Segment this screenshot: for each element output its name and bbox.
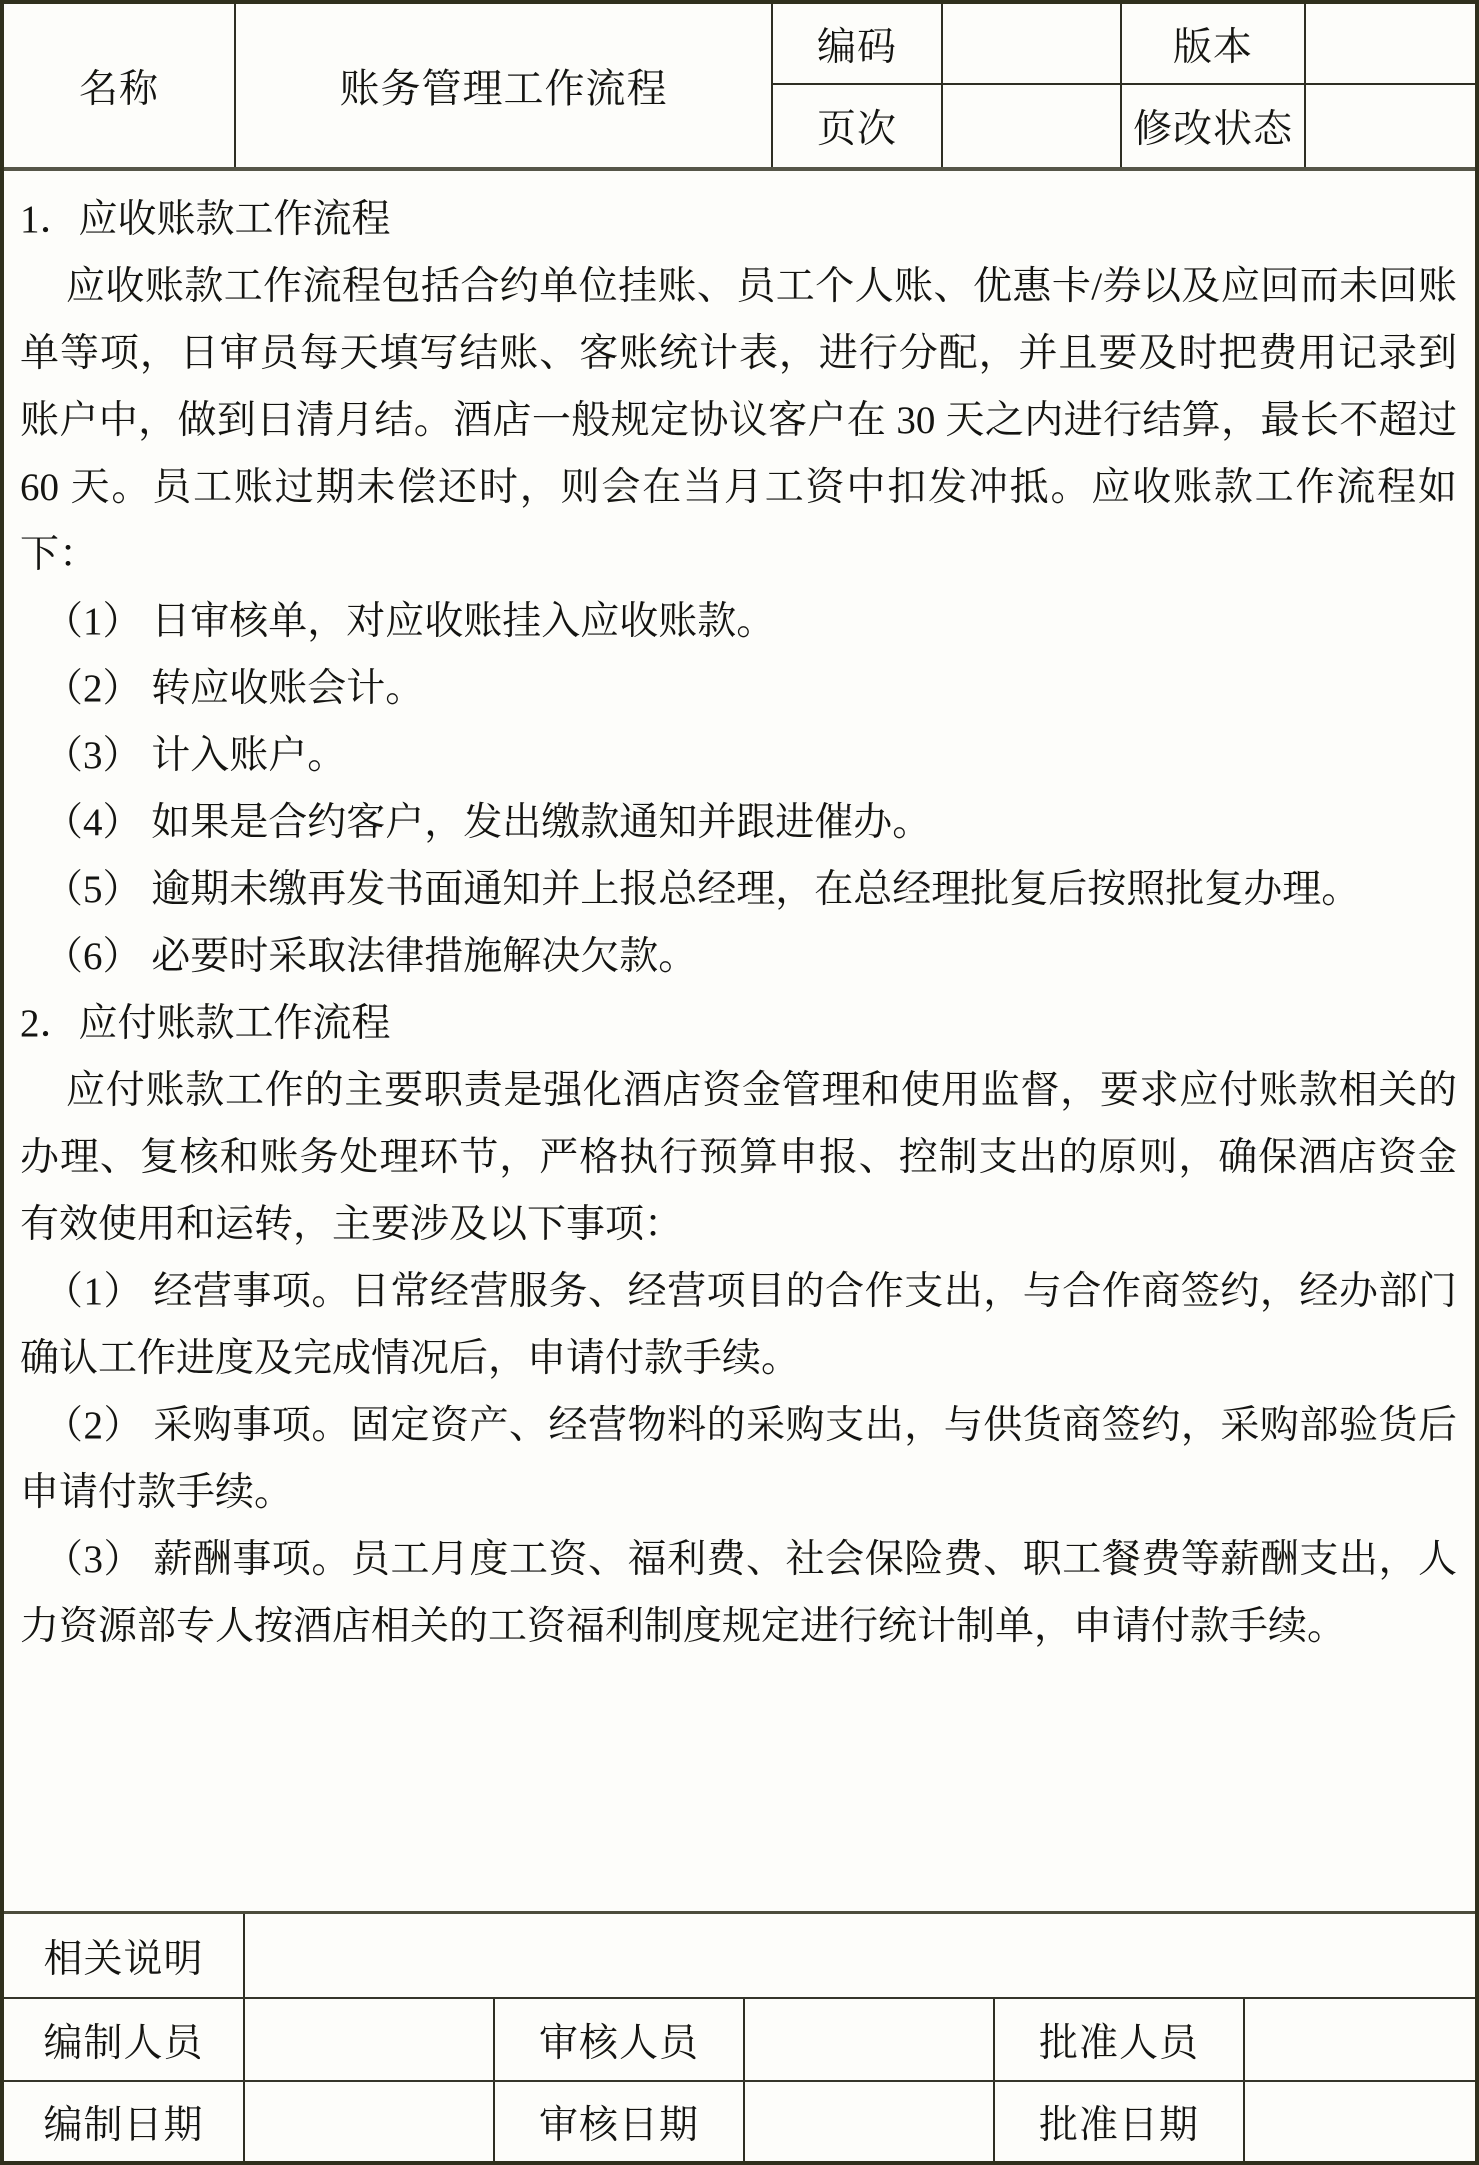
- section-2-intro: 应付账款工作的主要职责是强化酒店资金管理和使用监督，要求应付账款相关的办理、复核…: [20, 1057, 1457, 1258]
- section-1-item: （4） 如果是合约客户，发出缴款通知并跟进催办。: [20, 789, 1457, 856]
- dates-row: 编制日期 审核日期 批准日期: [4, 2082, 1475, 2162]
- code-label: 编码: [773, 4, 943, 85]
- section-1-item: （1） 日审核单，对应收账挂入应收账款。: [20, 588, 1457, 655]
- review-date-value: [745, 2082, 995, 2162]
- version-label: 版本: [1122, 4, 1306, 85]
- approval-date-label: 批准日期: [995, 2082, 1245, 2162]
- section-1-item: （3） 计入账户。: [20, 722, 1457, 789]
- document-page: 名称 账务管理工作流程 编码 版本 页次 修改状态 1．应收账款工作流程 应收账…: [0, 0, 1479, 2165]
- name-label: 名称: [4, 4, 236, 167]
- prepared-date-label: 编制日期: [4, 2082, 245, 2162]
- section-2-item: （1） 经营事项。日常经营服务、经营项目的合作支出，与合作商签约，经办部门确认工…: [20, 1258, 1457, 1392]
- review-date-label: 审核日期: [495, 2082, 745, 2162]
- section-1-item: （2） 转应收账会计。: [20, 655, 1457, 722]
- approved-by-value: [1245, 1999, 1475, 2080]
- page-number-label: 页次: [773, 85, 943, 167]
- prepared-by-label: 编制人员: [4, 1999, 245, 2080]
- revision-status-value: [1306, 85, 1475, 167]
- prepared-by-value: [245, 1999, 495, 2080]
- approved-by-label: 批准人员: [995, 1999, 1245, 2080]
- reviewed-by-value: [745, 1999, 995, 2080]
- revision-status-label: 修改状态: [1122, 85, 1306, 167]
- personnel-row: 编制人员 审核人员 批准人员: [4, 1999, 1475, 2082]
- section-1-intro: 应收账款工作流程包括合约单位挂账、员工个人账、优惠卡/券以及应回而未回账单等项，…: [20, 253, 1457, 588]
- section-2-item: （2） 采购事项。固定资产、经营物料的采购支出，与供货商签约，采购部验货后申请付…: [20, 1392, 1457, 1526]
- footer-table: 相关说明 编制人员 审核人员 批准人员 编制日期 审核日期 批准日期: [4, 1911, 1475, 2162]
- notes-label: 相关说明: [4, 1914, 245, 1997]
- notes-row: 相关说明: [4, 1914, 1475, 1999]
- section-1-heading: 1．应收账款工作流程: [20, 186, 1457, 253]
- code-value: [943, 4, 1122, 85]
- section-1-item: （5） 逾期未缴再发书面通知并上报总经理，在总经理批复后按照批复办理。: [20, 856, 1457, 923]
- version-value: [1306, 4, 1475, 85]
- section-2-item: （3） 薪酬事项。员工月度工资、福利费、社会保险费、职工餐费等薪酬支出，人力资源…: [20, 1526, 1457, 1660]
- section-2-heading: 2．应付账款工作流程: [20, 990, 1457, 1057]
- header-table: 名称 账务管理工作流程 编码 版本 页次 修改状态: [4, 4, 1475, 171]
- section-1-item: （6） 必要时采取法律措施解决欠款。: [20, 923, 1457, 990]
- approval-date-value: [1245, 2082, 1475, 2162]
- document-body: 1．应收账款工作流程 应收账款工作流程包括合约单位挂账、员工个人账、优惠卡/券以…: [4, 171, 1475, 1911]
- page-title: 账务管理工作流程: [236, 4, 773, 167]
- page-number-value: [943, 85, 1122, 167]
- prepared-date-value: [245, 2082, 495, 2162]
- notes-value: [245, 1914, 1475, 1997]
- reviewed-by-label: 审核人员: [495, 1999, 745, 2080]
